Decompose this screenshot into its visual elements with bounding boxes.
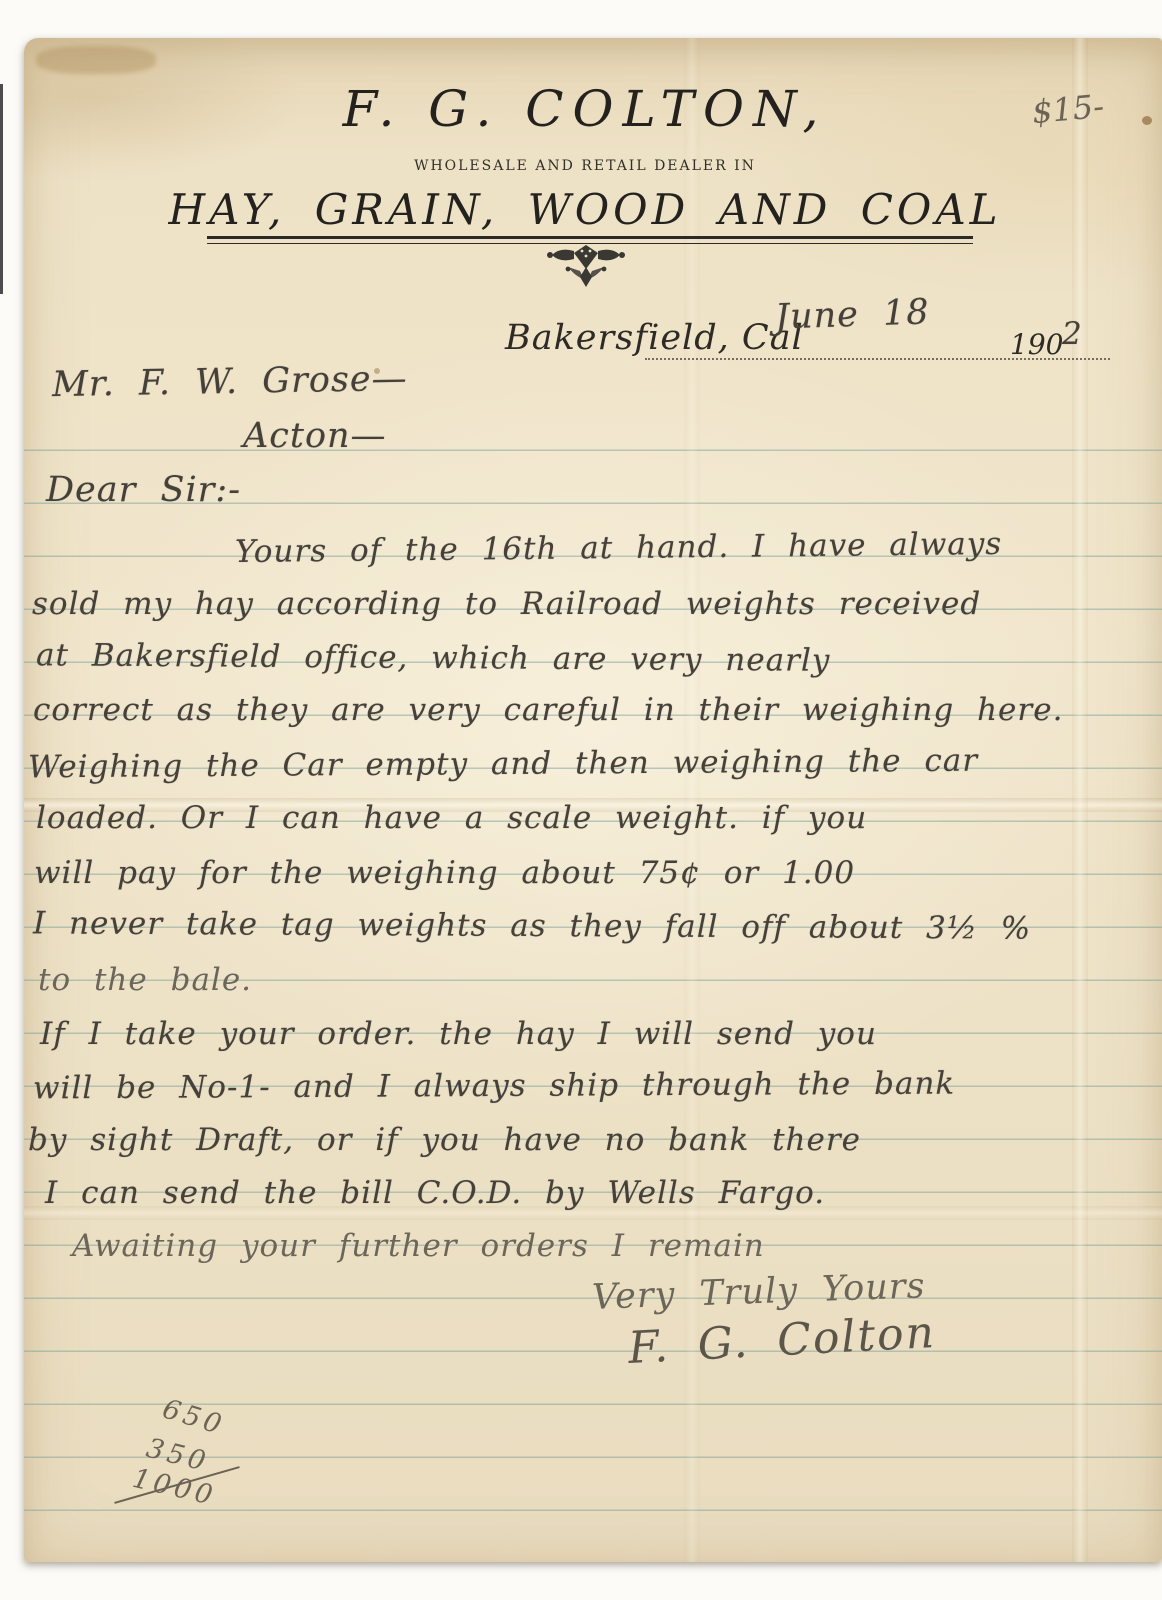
handwritten-line: will be No-1- and I always ship through … — [33, 1066, 955, 1107]
scanner-edge-shadow — [0, 84, 3, 294]
salutation: Dear Sir:- — [46, 470, 241, 510]
handwritten-line: will pay for the weighing about 75¢ or 1… — [34, 855, 855, 891]
letterhead-rule-thick — [207, 236, 973, 239]
recipient-address: Acton— — [243, 416, 387, 456]
fleuron-ornament-icon — [540, 243, 632, 294]
handwritten-line: I never take tag weights as they fall of… — [33, 905, 1031, 946]
handwritten-line: to the bale. — [38, 962, 252, 998]
paper-stain — [1142, 116, 1152, 125]
handwritten-line: Weighing the Car empty and then weighing… — [28, 743, 978, 786]
scanned-letter-page: F. G. COLTON, WHOLESALE AND RETAIL DEALE… — [0, 0, 1162, 1600]
letterhead-subtitle: WHOLESALE AND RETAIL DEALER IN — [180, 158, 990, 174]
handwritten-date: June 18 — [774, 292, 930, 337]
recipient-line: Mr. F. W. Grose— — [52, 359, 408, 405]
handwritten-line: loaded. Or I can have a scale weight. if… — [36, 800, 867, 836]
printed-year-prefix: 190 — [1010, 328, 1063, 361]
handwritten-line: sold my hay according to Railroad weight… — [32, 586, 981, 622]
handwritten-line: Awaiting your further orders I remain — [72, 1228, 765, 1264]
fold-crease — [1072, 38, 1088, 1562]
handwritten-year-digit: 2 — [1062, 316, 1083, 352]
handwritten-line: I can send the bill C.O.D. by Wells Farg… — [45, 1175, 825, 1211]
handwritten-line: If I take your order. the hay I will sen… — [40, 1016, 877, 1052]
handwritten-line: correct as they are very careful in thei… — [33, 692, 1063, 728]
torn-corner-shading — [36, 46, 156, 74]
pencil-price-note: $15- — [1030, 87, 1105, 131]
letterhead-business-line: HAY, GRAIN, WOOD AND COAL — [130, 185, 1040, 234]
letterhead-company-name: F. G. COLTON, — [180, 80, 990, 138]
handwritten-line: by sight Draft, or if you have no bank t… — [28, 1122, 861, 1158]
handwritten-line: at Bakersfield office, which are very ne… — [36, 637, 831, 679]
